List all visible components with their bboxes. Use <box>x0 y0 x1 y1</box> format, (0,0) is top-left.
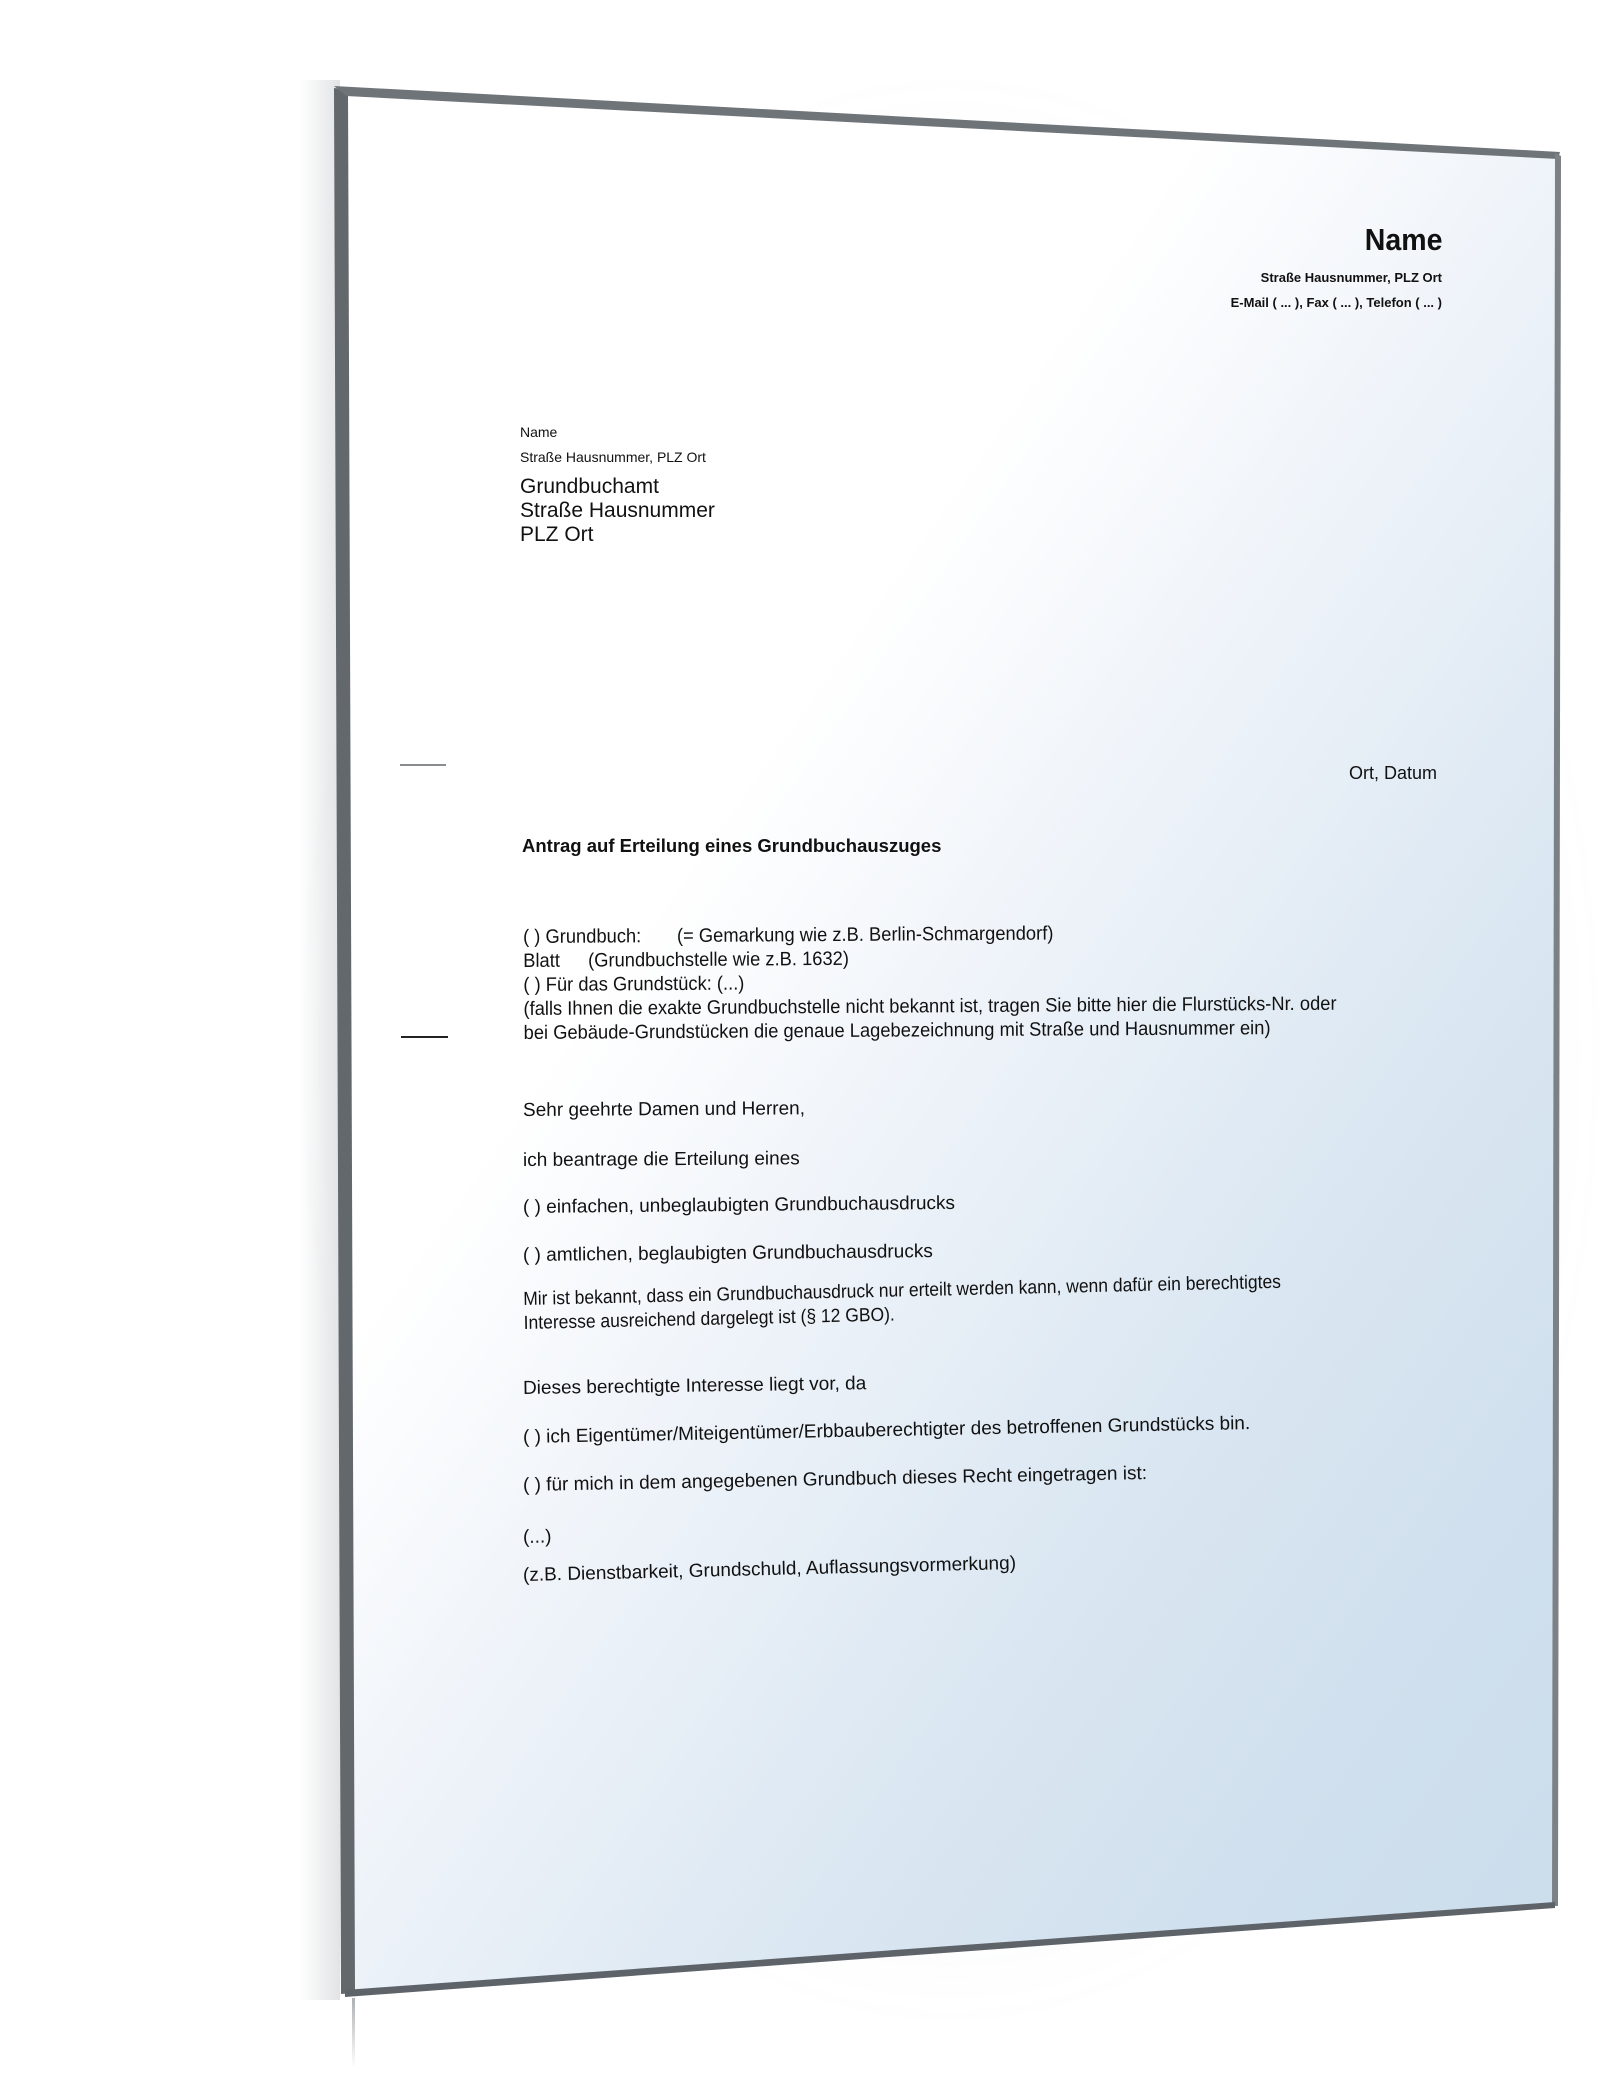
recipient-line-3: PLZ Ort <box>520 523 715 547</box>
blatt-hint: (Grundbuchstelle wie z.B. 1632) <box>588 948 849 972</box>
fold-mark-top <box>400 764 446 766</box>
subject-line: Antrag auf Erteilung eines Grundbuchausz… <box>522 835 941 857</box>
return-address-street: Straße Hausnummer, PLZ Ort <box>520 449 706 465</box>
recipient-line-2: Straße Hausnummer <box>520 499 715 523</box>
return-address-name: Name <box>520 424 557 440</box>
blatt-label: Blatt <box>523 950 560 972</box>
right-examples: (z.B. Dienstbarkeit, Grundschuld, Auflas… <box>523 1553 1017 1587</box>
placeholder-ellipsis: (...) <box>523 1526 552 1549</box>
fold-mark-middle <box>401 1036 448 1038</box>
sender-address: Straße Hausnummer, PLZ Ort <box>1261 270 1442 285</box>
grundbuch-details: ( ) Grundbuch:(= Gemarkung wie z.B. Berl… <box>523 920 1337 1045</box>
letter-content: Name Straße Hausnummer, PLZ Ort E-Mail (… <box>0 0 1600 2100</box>
reason-registered-right: ( ) für mich in dem angegebenen Grundbuc… <box>523 1463 1148 1497</box>
recipient-block: Grundbuchamt Straße Hausnummer PLZ Ort <box>520 475 715 547</box>
grundstueck-hint-2: bei Gebäude-Grundstücken die genaue Lage… <box>524 1016 1337 1045</box>
request-intro: ich beantrage die Erteilung eines <box>523 1148 800 1172</box>
place-date: Ort, Datum <box>1349 763 1437 784</box>
option-official-extract: ( ) amtlichen, beglaubigten Grundbuchaus… <box>523 1241 933 1267</box>
recipient-line-1: Grundbuchamt <box>520 475 715 499</box>
legal-notice: Mir ist bekannt, dass ein Grundbuchausdr… <box>523 1271 1282 1336</box>
sender-name: Name <box>1364 222 1442 258</box>
reason-owner: ( ) ich Eigentümer/Miteigentümer/Erbbaub… <box>523 1413 1251 1449</box>
option-simple-extract: ( ) einfachen, unbeglaubigten Grundbucha… <box>523 1193 955 1219</box>
sender-contact: E-Mail ( ... ), Fax ( ... ), Telefon ( .… <box>1231 295 1442 310</box>
document-preview: Name Straße Hausnummer, PLZ Ort E-Mail (… <box>0 0 1600 2100</box>
salutation: Sehr geehrte Damen und Herren, <box>523 1098 805 1122</box>
grundbuch-hint: (= Gemarkung wie z.B. Berlin-Schmargendo… <box>677 923 1054 947</box>
reason-intro: Dieses berechtigte Interesse liegt vor, … <box>523 1373 867 1400</box>
grundbuch-label: ( ) Grundbuch: <box>523 925 641 948</box>
